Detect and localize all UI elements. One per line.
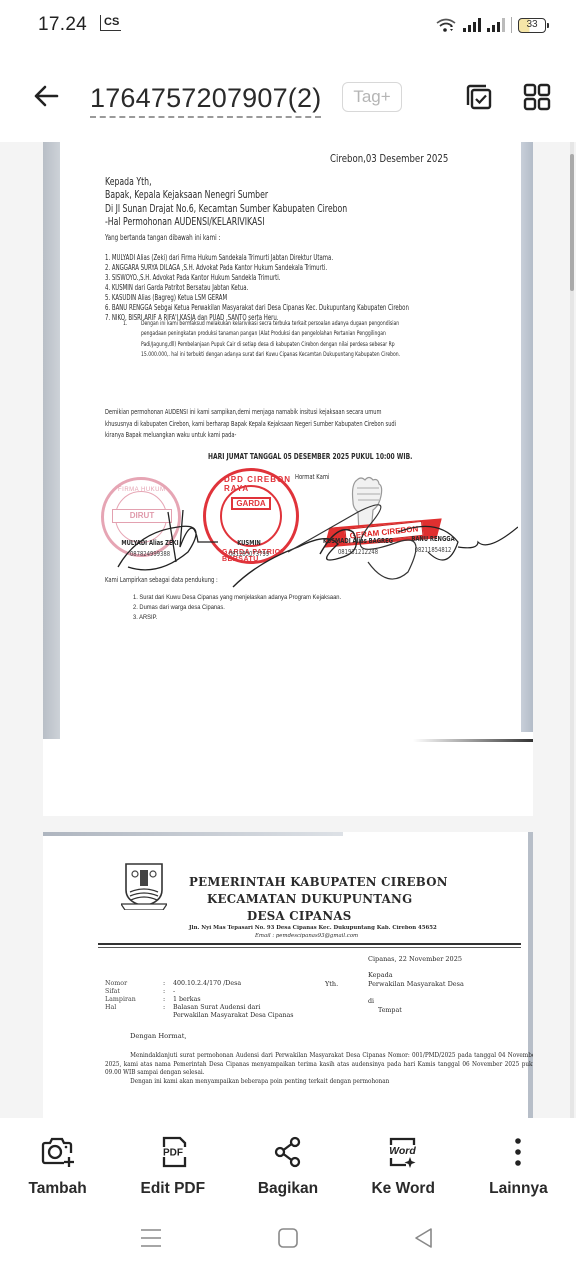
signatories-list: 1. MULYADI Alias (Zeki) dari Firma Hukum…	[105, 253, 409, 323]
signer-name: KUSMIN	[213, 538, 285, 547]
recent-apps-button[interactable]	[131, 1224, 171, 1252]
more-vertical-icon	[513, 1135, 523, 1169]
status-bar: 17.24 CS 33	[0, 0, 576, 52]
to-word-button[interactable]: Word Ke Word	[346, 1118, 461, 1206]
signer-phone: 081285073799	[213, 549, 285, 558]
svg-text:Word: Word	[389, 1145, 416, 1157]
camscanner-notification-icon: CS	[100, 15, 121, 31]
toolbar-label: Ke Word	[371, 1180, 434, 1198]
document-viewer[interactable]: Cirebon,03 Desember 2025 Kepada Yth, Bap…	[0, 142, 576, 1118]
scan-shadow	[43, 142, 60, 739]
body-paragraph: Menindaklanjuti surat permohonan Audensi…	[105, 1051, 533, 1077]
greeting: Dengan Hormat,	[130, 1032, 187, 1040]
signer-name: MULYADI Alias ZEKI	[110, 538, 189, 547]
paragraph-line: 15.000.000,. hal ini terbukti dengan ada…	[141, 350, 400, 360]
letter-meta: Nomor:400.10.2.4/170 /Desa Sifat:- Lampi…	[105, 980, 294, 1020]
multi-select-button[interactable]	[464, 82, 494, 112]
status-time: 17.24	[38, 14, 87, 36]
kepada-label: Kepada	[368, 971, 393, 979]
list-item: 3. ARSIP.	[133, 613, 341, 623]
signer: KUSMIN 081285073799	[213, 538, 285, 558]
bottom-toolbar: Tambah PDF Edit PDF Bagikan Word	[0, 1118, 576, 1206]
paragraph-line: pengadaan peningkatan produksi tanaman p…	[141, 329, 400, 339]
scan-edge	[413, 739, 533, 742]
signer-phone: 087824999388	[110, 549, 189, 558]
paragraph-line: Dengan ini kami bermaksud melakukan kela…	[141, 319, 400, 329]
edit-pdf-button[interactable]: PDF Edit PDF	[115, 1118, 230, 1206]
add-page-button[interactable]: Tambah	[0, 1118, 115, 1206]
letter-date: Cipanas, 22 November 2025	[368, 955, 462, 963]
list-item: 4. KUSMIN dari Garda Patritot Bersatau J…	[105, 283, 409, 293]
app-bar: 1764757207907(2) Tag+	[0, 60, 576, 132]
signal-icon	[463, 18, 481, 32]
list-item: 5. KASUDIN Alias (Bagreg) Ketua LSM GERA…	[105, 293, 409, 303]
wifi-icon	[435, 17, 457, 33]
letterhead-line: DESA CIPANAS	[247, 908, 352, 923]
recipient: Perwakilan Masyarakat Desa	[368, 980, 464, 988]
list-item: 3. SISWOYO.,S.H. Advokat Pada Kantor Huk…	[105, 273, 409, 283]
closing-line: kiranya Bapak meluangkan waku untuk kami…	[105, 429, 396, 441]
toolbar-label: Edit PDF	[141, 1180, 206, 1198]
signer-phone: 081931212248	[315, 547, 401, 556]
grid-view-button[interactable]	[522, 82, 552, 112]
signer: BANU RENGGA 08211854812	[401, 534, 466, 554]
letterhead-email: Email : pemdescipanas93@gmail.com	[255, 933, 358, 939]
letterhead-address: Jln. Nyi Mas Tepasari No. 93 Desa Cipana…	[189, 925, 437, 931]
status-icons: 33	[435, 15, 546, 35]
toolbar-label: Lainnya	[489, 1180, 548, 1198]
pdf-edit-icon: PDF	[158, 1135, 188, 1169]
svg-text:PDF: PDF	[163, 1148, 183, 1159]
scan-shadow	[43, 832, 343, 836]
signer: KUSMADI Alias BAGREG 081931212248	[315, 536, 401, 556]
address-line: -Hal Permohonan AUDENSI/KELARIVIKASI	[105, 216, 347, 229]
meeting-schedule: HARI JUMAT TANGGAL 05 DESEMBER 2025 PUKU…	[208, 451, 412, 461]
multi-select-icon	[464, 82, 494, 112]
letterhead-line: KECAMATAN DUKUPUNTANG	[207, 891, 412, 906]
system-back-button[interactable]	[404, 1224, 444, 1252]
letter-closing: Demikian permohonan AUDENSI ini kami sam…	[105, 406, 396, 441]
scrollbar[interactable]	[570, 142, 574, 1118]
toolbar-label: Bagikan	[258, 1180, 318, 1198]
camera-add-icon	[40, 1135, 76, 1169]
address-line: Bapak, Kepala Kejaksaan Nenegri Sumber	[105, 189, 347, 202]
home-icon	[277, 1227, 299, 1249]
list-item: 1. MULYADI Alias (Zeki) dari Firma Hukum…	[105, 253, 409, 263]
recent-apps-icon	[140, 1228, 162, 1248]
attachments-intro: Kami Lampirkan sebagai data pendukung :	[105, 575, 218, 584]
document-title[interactable]: 1764757207907(2)	[90, 81, 321, 118]
battery-icon: 33	[518, 18, 546, 33]
grid-view-icon	[522, 82, 552, 112]
tempat-label: Tempat	[378, 1007, 402, 1014]
attachments-list: 1. Surat dari Kuwu Desa Cipanas yang men…	[133, 593, 341, 622]
document-page-2[interactable]: PEMERINTAH KABUPATEN CIREBON KECAMATAN D…	[43, 832, 533, 1118]
address-line: Di Jl Sunan Drajat No.6, Kecamtan Sumber…	[105, 203, 347, 216]
letter-date: Cirebon,03 Desember 2025	[330, 152, 448, 165]
signer-phone: 08211854812	[401, 545, 466, 554]
signer-name: BANU RENGGA	[401, 534, 466, 543]
di-label: di	[368, 998, 374, 1005]
more-options-button[interactable]: Lainnya	[461, 1118, 576, 1206]
paragraph-number: 1.	[123, 319, 127, 329]
list-item: 1. Surat dari Kuwu Desa Cipanas yang men…	[133, 593, 341, 603]
signal-icon	[487, 18, 505, 32]
body-paragraph: Dengan ini kami akan menyampaikan bebera…	[105, 1077, 533, 1086]
letterhead-line: PEMERINTAH KABUPATEN CIREBON	[189, 874, 448, 889]
home-button[interactable]	[268, 1224, 308, 1252]
share-button[interactable]: Bagikan	[230, 1118, 345, 1206]
share-icon	[273, 1136, 303, 1168]
closing-line: khususnya di kabupaten Cirebon, kami ber…	[105, 418, 396, 430]
scroll-thumb[interactable]	[570, 154, 574, 291]
regency-crest-icon	[121, 860, 167, 910]
letterhead-divider	[98, 943, 521, 948]
scan-shadow	[521, 142, 533, 732]
list-item: 6. BANU RENGGA Sebgai Ketua Perwakilan M…	[105, 303, 409, 313]
arrow-left-icon	[33, 84, 59, 108]
letter-body: Menindaklanjuti surat permohonan Audensi…	[105, 1051, 533, 1086]
word-convert-icon: Word	[386, 1135, 420, 1169]
signer-name: KUSMADI Alias BAGREG	[315, 536, 401, 545]
list-item: 2. ANGGARA SURYA DILAGA ,S.H. Advokat Pa…	[105, 263, 409, 273]
back-icon	[413, 1227, 435, 1249]
letter-intro: Yang bertanda tangan dibawah ini kami :	[105, 233, 220, 242]
signer: MULYADI Alias ZEKI 087824999388	[110, 538, 189, 558]
back-button[interactable]	[30, 80, 62, 112]
add-tag-button[interactable]: Tag+	[342, 82, 402, 112]
toolbar-label: Tambah	[28, 1180, 86, 1198]
signatures	[98, 472, 518, 592]
document-page-1[interactable]: Cirebon,03 Desember 2025 Kepada Yth, Bap…	[43, 142, 533, 816]
closing-line: Demikian permohonan AUDENSI ini kami sam…	[105, 406, 396, 418]
letter-paragraph: 1. Dengan ini kami bermaksud melakukan k…	[123, 319, 400, 360]
address-line: Kepada Yth,	[105, 176, 347, 189]
letter-address: Kepada Yth, Bapak, Kepala Kejaksaan Nene…	[105, 176, 347, 229]
system-nav-bar	[0, 1212, 576, 1280]
paragraph-line: Padi/Jagung,dll) Pembelanjaan Pupuk Cair…	[141, 340, 400, 350]
list-item: 2. Dumas dari warga desa Cipanas.	[133, 603, 341, 613]
yth-label: Yth.	[325, 980, 338, 988]
status-divider	[511, 17, 512, 33]
